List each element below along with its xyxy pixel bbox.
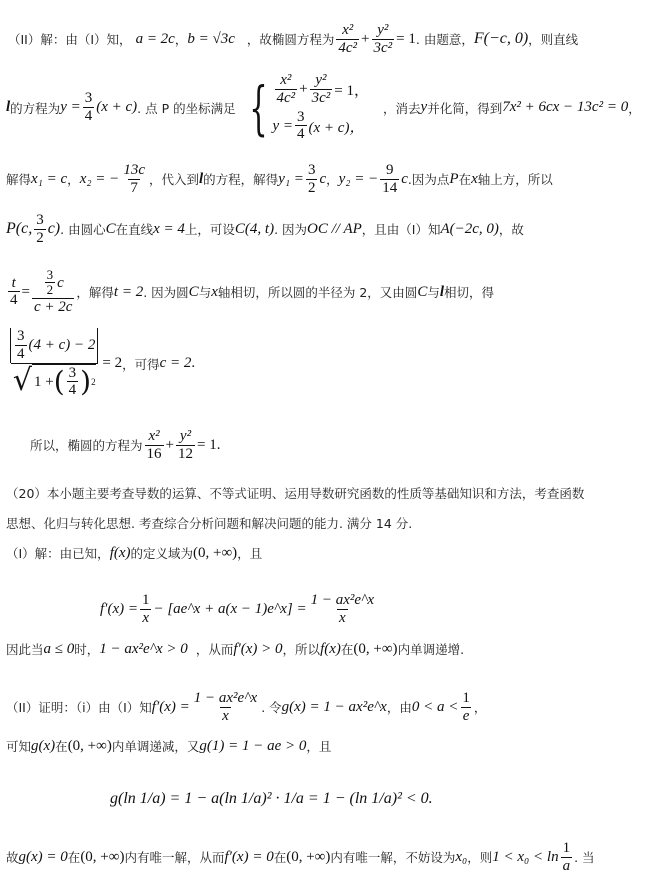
- text: 与: [427, 283, 440, 301]
- text: 内有唯一解，从而: [124, 848, 224, 866]
- math: OC // AP: [307, 221, 362, 238]
- fraction: 32: [34, 212, 46, 247]
- math: x: [211, 284, 218, 301]
- q20-part1-line-1: （I）解：由已知， f(x) 的定义域为 (0, +∞) ，且: [6, 544, 262, 562]
- fraction: 1 − ax²e^xx: [192, 690, 259, 725]
- text: 在: [341, 640, 354, 658]
- text: ，由: [387, 698, 412, 716]
- math: a ≤ 0: [44, 641, 75, 658]
- math: (x + c): [96, 99, 137, 116]
- math: (x + c)，: [309, 116, 365, 137]
- text: . 令: [261, 698, 281, 716]
- math: x: [471, 171, 478, 188]
- fraction: 34: [295, 109, 307, 144]
- fraction: 1e: [460, 690, 472, 725]
- text: 在: [274, 848, 287, 866]
- text: 在: [459, 170, 472, 188]
- text: 时，: [74, 640, 99, 658]
- text: ，故椭圆方程为: [247, 30, 335, 48]
- text: 在: [55, 737, 68, 755]
- math: C(4, t): [235, 221, 274, 238]
- text: 内单调递增.: [398, 640, 464, 658]
- math: =: [22, 284, 30, 301]
- math-a-eq: a = 2c: [136, 31, 175, 48]
- math: P(c,: [6, 220, 32, 238]
- text: 所以，椭圆的方程为: [30, 436, 143, 454]
- math: 1 − ax²e^x > 0: [99, 641, 188, 658]
- math-F-point: F(−c, 0): [474, 30, 528, 48]
- math: g(ln 1/a) = 1 − a(ln 1/a)² · 1/a = 1 − (…: [110, 790, 433, 808]
- math: x₁ = c: [31, 171, 67, 188]
- text: ，则: [467, 848, 492, 866]
- text: 可知: [6, 737, 31, 755]
- math: c): [48, 220, 60, 238]
- math: C: [106, 221, 116, 238]
- text: ，: [67, 170, 80, 188]
- sqrt-icon: √: [13, 364, 32, 399]
- math: c: [319, 171, 326, 188]
- fraction: 32: [306, 162, 318, 197]
- fraction: 34: [83, 90, 95, 125]
- math: x₀: [455, 849, 467, 866]
- plus: +: [299, 81, 307, 98]
- text: （I）解：由已知，: [6, 544, 110, 562]
- text: .因为点: [408, 170, 449, 188]
- brace-icon: {: [249, 79, 267, 137]
- fraction: x²16: [145, 428, 164, 463]
- math: f′(x) = 0: [224, 849, 273, 866]
- fraction: t4: [8, 275, 20, 310]
- math: C: [189, 284, 199, 301]
- math: − [ae^x + a(x − 1)e^x] =: [153, 601, 306, 618]
- text: ，: [628, 99, 641, 117]
- text: ，故: [499, 220, 524, 238]
- text: 轴相切，所以圆的半径为 2，又由圆: [218, 283, 417, 301]
- q20-intro-line-2: 思想、化归与转化思想. 考查综合分析问题和解决问题的能力. 满分 14 分.: [6, 514, 412, 532]
- math: (0, +∞): [68, 738, 112, 755]
- q20-intro-line-1: （20）本小题主要考查导数的运算、不等式证明、运用导数研究函数的性质等基础知识和…: [6, 484, 584, 502]
- fraction: y²12: [176, 428, 195, 463]
- text: 的方程为: [10, 99, 60, 117]
- q20-g-ln-expression: g(ln 1/a) = 1 − a(ln 1/a)² · 1/a = 1 − (…: [110, 790, 433, 808]
- text: . 点 P 的坐标满足: [137, 99, 235, 117]
- solution-line-6: 34(4 + c) − 2 √1 +(34)2 = 2 ，可得 c = 2 .: [6, 328, 195, 400]
- math-b-eq: b = √3c: [187, 31, 235, 48]
- text: 内有唯一解，不妨设为: [330, 848, 455, 866]
- text: 与: [199, 283, 212, 301]
- q20-derivative-line: f′(x) = 1x − [ae^x + a(x − 1)e^x] = 1 − …: [100, 592, 378, 627]
- text: 上，可设: [185, 220, 235, 238]
- math-y: y: [421, 99, 428, 116]
- text: 在: [68, 848, 81, 866]
- text: . 由题意，: [416, 30, 474, 48]
- math: P: [449, 171, 458, 188]
- fraction: x²4c²: [275, 72, 298, 107]
- text: 故: [6, 848, 19, 866]
- q20-part2-last-line: 故 g(x) = 0 在 (0, +∞) 内有唯一解，从而 f′(x) = 0 …: [6, 840, 595, 875]
- text: . 由圆心: [60, 220, 105, 238]
- compound-fraction: 32c c + 2c: [32, 268, 74, 316]
- q20-part2-line-2: 可知 g(x) 在 (0, +∞) 内单调递减，又 g(1) = 1 − ae …: [6, 737, 331, 755]
- text: ，可得: [122, 355, 160, 373]
- math: c: [401, 171, 408, 188]
- distance-fraction: 34(4 + c) − 2 √1 +(34)2: [8, 328, 100, 400]
- solution-line-7: 所以，椭圆的方程为 x²16 + y²12 = 1.: [30, 428, 220, 463]
- text: 的方程，解得: [203, 170, 278, 188]
- math: = 1，: [334, 79, 369, 100]
- text: ，代入到: [149, 170, 199, 188]
- math: .: [191, 355, 195, 372]
- math-quadratic: 7x² + 6cx − 13c² = 0: [502, 99, 628, 116]
- solution-line-5: t4 = 32c c + 2c ，解得 t = 2 . 因为圆 C 与 x 轴相…: [6, 268, 494, 316]
- solution-line-4: P(c, 32 c) . 由圆心 C 在直线 x = 4 上，可设 C(4, t…: [6, 212, 524, 247]
- text: . 因为: [274, 220, 307, 238]
- fraction: y²3c²: [310, 72, 333, 107]
- math: t = 2: [114, 284, 143, 301]
- math: = 1.: [197, 437, 220, 454]
- math: g(x) = 0: [19, 849, 68, 866]
- math-eq: = 1: [396, 31, 416, 48]
- q20-part1-conclusion: 因此当 a ≤ 0 时， 1 − ax²e^x > 0 ，从而 f′(x) > …: [6, 640, 464, 658]
- math: x = 4: [153, 221, 185, 238]
- q20-part2-line-1: （II）证明：（i）由（I）知 f′(x) = 1 − ax²e^xx . 令 …: [6, 690, 486, 725]
- math: f′(x) =: [100, 601, 138, 618]
- math: y =: [273, 118, 294, 135]
- fraction: 13c7: [121, 162, 147, 197]
- math: x₂ = −: [80, 171, 120, 188]
- solution-line-1: （II）解：由（I）知， a = 2c ， b = √3c ，故椭圆方程为 x²…: [8, 22, 578, 57]
- fraction: x²4c²: [336, 22, 359, 57]
- plus: +: [166, 437, 174, 454]
- math: g(x): [31, 738, 55, 755]
- text: 在直线: [116, 220, 154, 238]
- text: ，: [474, 698, 487, 716]
- math: (0, +∞): [353, 641, 397, 658]
- fraction: 1a: [561, 840, 573, 875]
- text: ，则直线: [528, 30, 578, 48]
- fraction: 1x: [140, 592, 152, 627]
- math: 0 < a <: [412, 699, 459, 716]
- text: ，从而: [196, 640, 234, 658]
- math: (0, +∞): [80, 849, 124, 866]
- math: (0, +∞): [286, 849, 330, 866]
- text: ，且: [237, 544, 262, 562]
- text: 解得: [6, 170, 31, 188]
- text: ，且: [306, 737, 331, 755]
- math: A(−2c, 0): [440, 221, 498, 238]
- text: ，: [326, 170, 339, 188]
- comma: ，: [175, 30, 188, 48]
- fraction: y²3c²: [372, 22, 395, 57]
- math: C: [417, 284, 427, 301]
- text: . 因为圆: [143, 283, 188, 301]
- math: g(x) = 1 − ax²e^x: [282, 699, 387, 716]
- solution-line-3: 解得 x₁ = c ， x₂ = − 13c7 ，代入到 l 的方程，解得 y₁…: [6, 162, 553, 197]
- math: c = 2: [160, 355, 192, 372]
- text: ，消去: [383, 99, 421, 117]
- text: 轴上方，所以: [478, 170, 553, 188]
- plus: +: [361, 31, 369, 48]
- math: y₂ = −: [339, 171, 379, 188]
- math: (0, +∞): [193, 545, 237, 562]
- math: y =: [60, 99, 81, 116]
- part-label: （II）解：由（I）知，: [8, 30, 132, 48]
- text: 并化简，得到: [427, 99, 502, 117]
- math: f′(x) =: [152, 699, 190, 716]
- text: ，且由（I）知: [362, 220, 441, 238]
- text: . 当: [574, 848, 594, 866]
- math: y₁ =: [278, 171, 304, 188]
- math: f(x): [320, 641, 341, 658]
- fraction: 914: [380, 162, 399, 197]
- text: ，所以: [283, 640, 321, 658]
- math: f′(x) > 0: [233, 641, 282, 658]
- text: 内单调递减，又: [112, 737, 200, 755]
- math: = 2: [102, 355, 122, 372]
- text: ，解得: [76, 283, 114, 301]
- text: 相切，得: [444, 283, 494, 301]
- math: 1 < x₀ < ln: [492, 849, 558, 866]
- solution-line-2: l 的方程为 y = 34 (x + c) . 点 P 的坐标满足 { x²4c…: [6, 72, 641, 144]
- equation-system: { x²4c² + y²3c² = 1， y = 34 (x + c)，: [240, 72, 369, 144]
- math: g(1) = 1 − ae > 0: [199, 738, 306, 755]
- text: 因此当: [6, 640, 44, 658]
- text: 的定义域为: [131, 544, 194, 562]
- text: （II）证明：（i）由（I）知: [6, 698, 152, 716]
- math: f(x): [110, 545, 131, 562]
- fraction: 1 − ax²e^xx: [309, 592, 376, 627]
